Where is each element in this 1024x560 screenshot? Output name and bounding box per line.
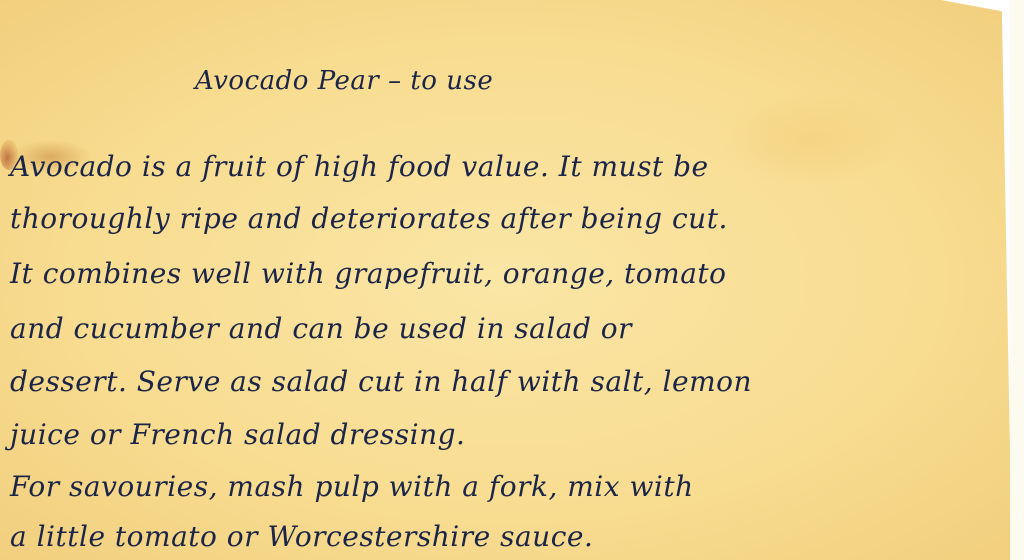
text-line: Avocado is a fruit of high food value. I… [10,150,709,183]
recipe-title: Avocado Pear – to use [195,66,493,96]
recipe-card: Avocado Pear – to use Avocado is a fruit… [0,0,1012,560]
text-line: and cucumber and can be used in salad or [10,312,632,345]
text-line: a little tomato or Worcestershire sauce. [10,520,593,553]
text-line: It combines well with grapefruit, orange… [10,257,727,290]
card-edge-background [1010,0,1024,560]
text-line: thoroughly ripe and deteriorates after b… [10,202,728,235]
text-line: juice or French salad dressing. [10,418,465,451]
text-line: For savouries, mash pulp with a fork, mi… [10,470,694,503]
text-line: dessert. Serve as salad cut in half with… [10,365,752,398]
